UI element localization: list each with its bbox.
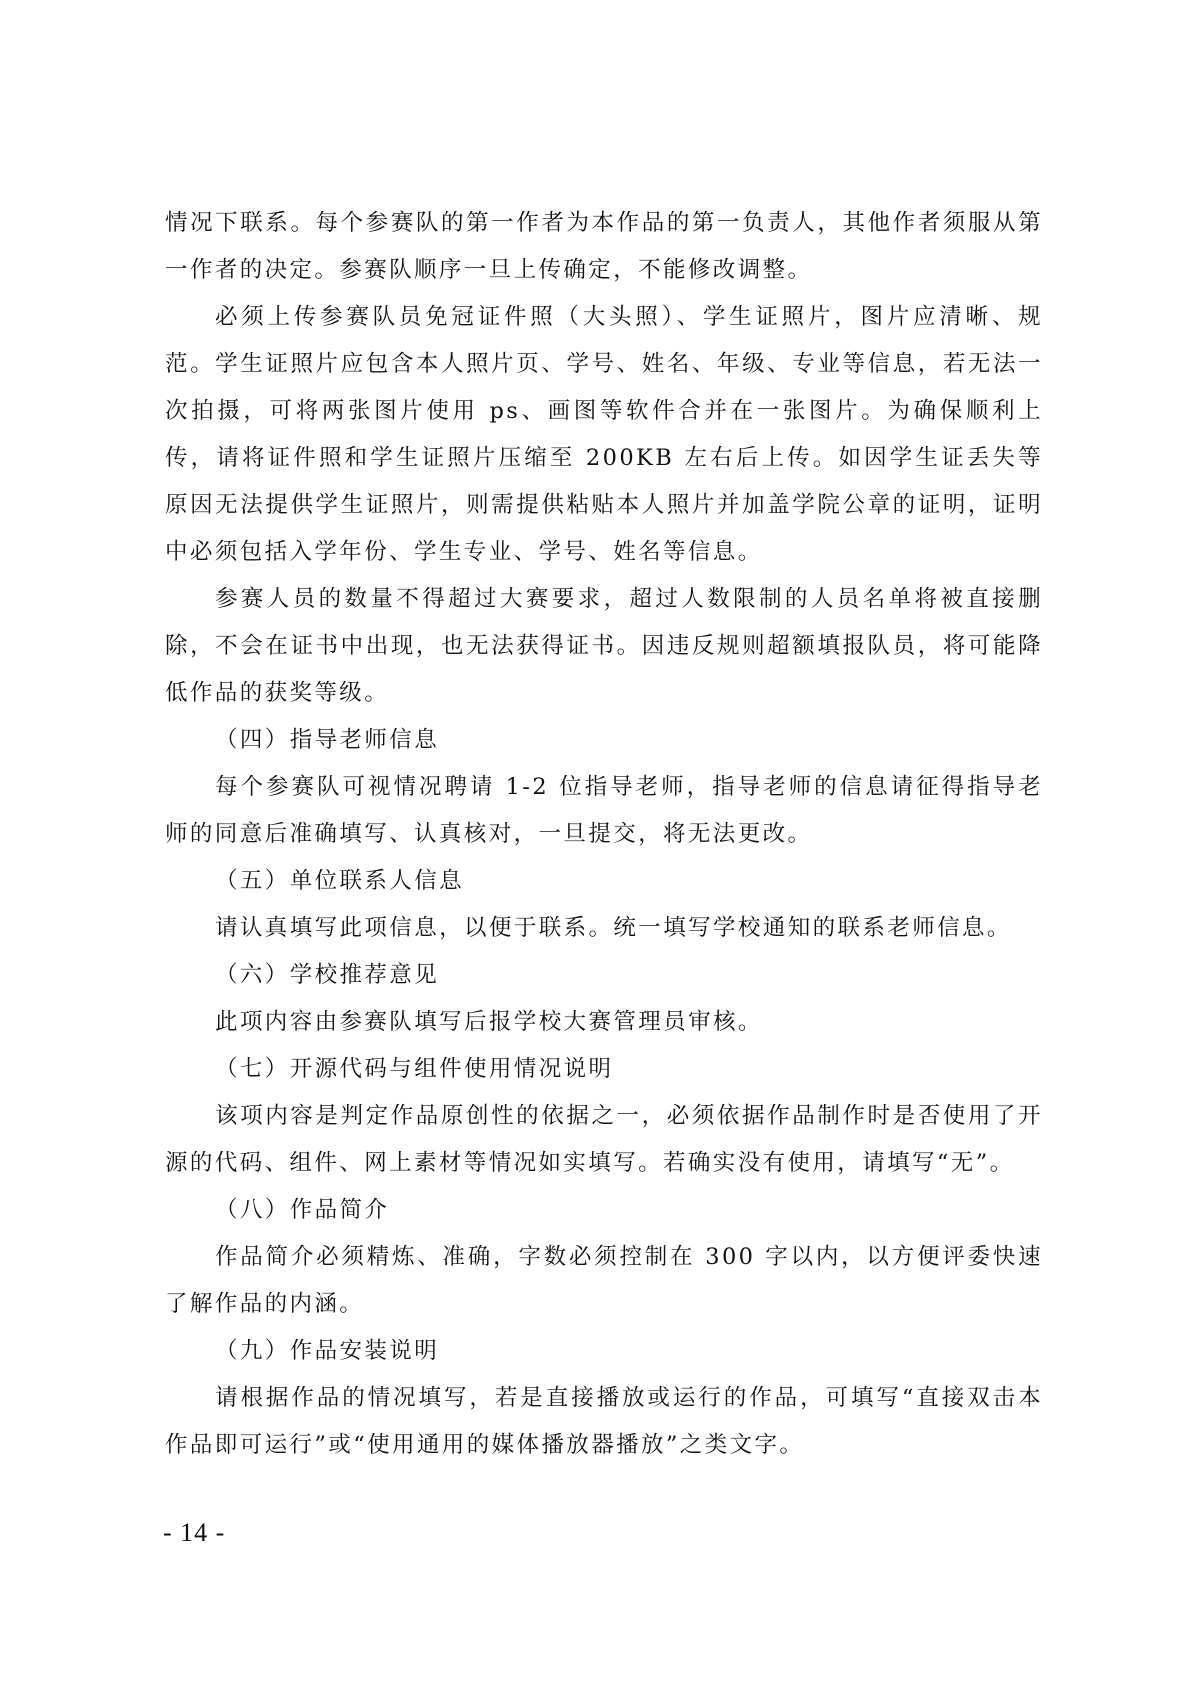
paragraph-work-summary: 作品简介必须精炼、准确，字数必须控制在 300 字以内，以方便评委快速了解作品的… xyxy=(165,1234,1043,1328)
section-heading-work-summary: （八）作品简介 xyxy=(165,1187,1043,1234)
paragraph-school-recommendation: 此项内容由参赛队填写后报学校大赛管理员审核。 xyxy=(165,999,1043,1046)
paragraph-continuation: 情况下联系。每个参赛队的第一作者为本作品的第一负责人，其他作者须服从第一作者的决… xyxy=(165,200,1043,294)
section-heading-open-source: （七）开源代码与组件使用情况说明 xyxy=(165,1046,1043,1093)
document-page: 情况下联系。每个参赛队的第一作者为本作品的第一负责人，其他作者须服从第一作者的决… xyxy=(0,0,1191,1684)
section-heading-contact-info: （五）单位联系人信息 xyxy=(165,858,1043,905)
paragraph-install-instructions: 请根据作品的情况填写，若是直接播放或运行的作品，可填写“直接双击本作品即可运行”… xyxy=(165,1375,1043,1469)
document-body: 情况下联系。每个参赛队的第一作者为本作品的第一负责人，其他作者须服从第一作者的决… xyxy=(165,200,1043,1469)
page-number: - 14 - xyxy=(163,1518,225,1548)
paragraph-advisor-info: 每个参赛队可视情况聘请 1-2 位指导老师，指导老师的信息请征得指导老师的同意后… xyxy=(165,764,1043,858)
section-heading-install-instructions: （九）作品安装说明 xyxy=(165,1328,1043,1375)
paragraph-member-limit: 参赛人员的数量不得超过大赛要求，超过人数限制的人员名单将被直接删除，不会在证书中… xyxy=(165,576,1043,717)
paragraph-photo-requirements: 必须上传参赛队员免冠证件照（大头照）、学生证照片，图片应清晰、规范。学生证照片应… xyxy=(165,294,1043,576)
section-heading-advisor-info: （四）指导老师信息 xyxy=(165,717,1043,764)
section-heading-school-recommendation: （六）学校推荐意见 xyxy=(165,952,1043,999)
paragraph-contact-info: 请认真填写此项信息，以便于联系。统一填写学校通知的联系老师信息。 xyxy=(165,905,1043,952)
paragraph-open-source: 该项内容是判定作品原创性的依据之一，必须依据作品制作时是否使用了开源的代码、组件… xyxy=(165,1093,1043,1187)
